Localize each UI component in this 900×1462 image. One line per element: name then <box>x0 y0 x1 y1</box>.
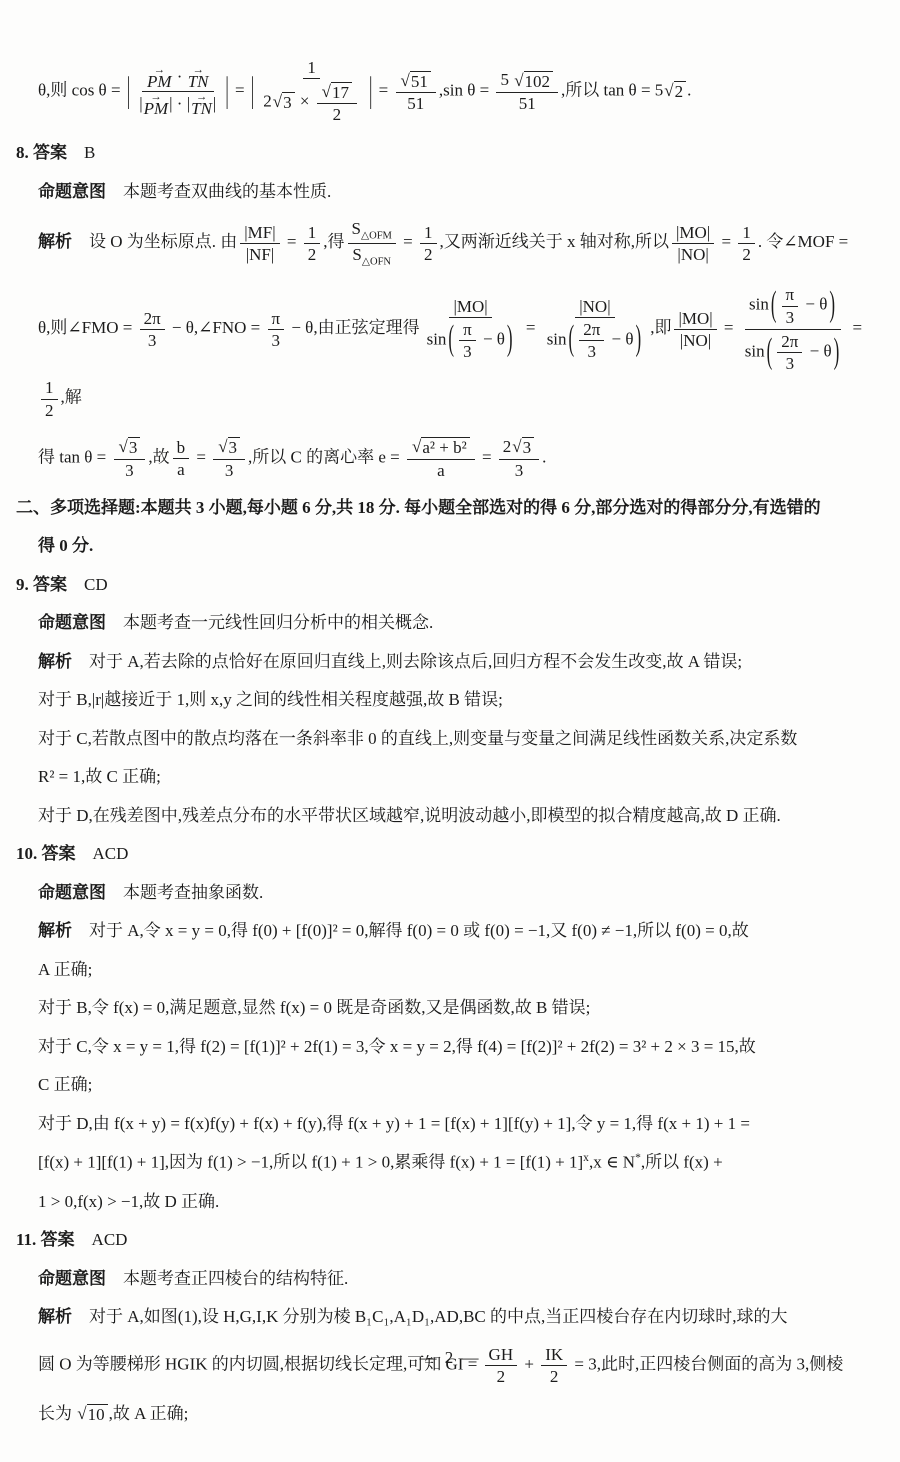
bold-text: 10. 答案 <box>16 844 76 863</box>
doc-line: 得 tan θ = √33,故ba = √33,所以 C 的离心率 e = √a… <box>38 435 882 482</box>
radical-sign-icon: √ <box>77 1404 86 1424</box>
page-number: — 2 — <box>0 1348 900 1368</box>
radical-sign-icon: √ <box>119 437 128 457</box>
fraction: ba <box>173 437 190 481</box>
fraction: 2π3 <box>777 331 802 375</box>
radicand: a² + b² <box>421 437 469 458</box>
bold-text: 二、多项选择题:本题共 3 小题,每小题 6 分,共 18 分. 每小题全部选对… <box>16 498 821 517</box>
bold-text: 9. 答案 <box>16 575 67 594</box>
tall-delimiter: ( <box>771 286 777 322</box>
radical: √3 <box>273 92 295 113</box>
fraction-numerator: √3 <box>114 436 146 460</box>
doc-line: 对于 B,|r|越接近于 1,则 x,y 之间的线性相关程度越强,故 B 错误; <box>38 687 882 713</box>
fraction-numerator: b <box>173 437 190 459</box>
fraction-numerator: 2π <box>140 308 165 330</box>
fraction: 12 <box>420 222 437 266</box>
radicand: 17 <box>331 82 352 103</box>
superscript: x <box>583 1151 589 1164</box>
radical: √3 <box>218 437 240 458</box>
fraction: |MO|sin(π3 − θ) <box>423 296 519 364</box>
fraction-denominator: 2√3 × √172 <box>259 79 364 126</box>
fraction: sin(π3 − θ)sin(2π3 − θ) <box>741 283 846 375</box>
tall-delimiter: | <box>251 72 254 108</box>
fraction-denominator: 2 <box>329 104 346 125</box>
radical: √a² + b² <box>412 437 470 458</box>
fraction: S△OFMS△OFN <box>348 218 396 268</box>
fraction-denominator: 51 <box>515 93 540 114</box>
doc-line: A 正确; <box>38 957 882 983</box>
doc-line: 解析 设 O 为坐标原点. 由|MF||NF| = 12,得S△OFMS△OFN… <box>38 217 882 269</box>
doc-line: 8. 答案 B <box>16 140 882 166</box>
fraction: |MF||NF| <box>240 222 279 266</box>
fraction-denominator: 3 <box>459 341 476 362</box>
fraction-denominator: |→PM| · |→TN| <box>135 92 220 118</box>
doc-line: R² = 1,故 C 正确; <box>38 764 882 790</box>
doc-line: θ,则∠FMO = 2π3 − θ,∠FNO = π3 − θ,由正弦定理得|M… <box>38 282 882 422</box>
bold-text: 解析 <box>38 921 72 940</box>
fraction-numerator: S△OFM <box>348 218 396 244</box>
fraction-denominator: 2 <box>420 244 437 265</box>
radical: √17 <box>322 82 352 103</box>
doc-line: 对于 D,由 f(x + y) = f(x)f(y) + f(x) + f(y)… <box>38 1111 882 1137</box>
tall-delimiter: | <box>369 72 372 108</box>
fraction-denominator: 3 <box>584 341 601 362</box>
doc-line: 二、多项选择题:本题共 3 小题,每小题 6 分,共 18 分. 每小题全部选对… <box>16 495 882 521</box>
radical-sign-icon: √ <box>514 71 523 91</box>
radical-sign-icon: √ <box>401 71 410 91</box>
fraction-numerator: 1 <box>303 57 320 79</box>
tall-delimiter: ) <box>636 321 642 357</box>
bold-text: 命题意图 <box>38 1269 106 1288</box>
fraction: |MO||NO| <box>672 222 714 266</box>
fraction-numerator: √3 <box>213 436 245 460</box>
doc-line: 得 0 分. <box>38 533 882 559</box>
fraction-denominator: 3 <box>221 460 238 481</box>
fraction: √33 <box>213 436 245 481</box>
fraction-denominator: sin(π3 − θ) <box>423 318 519 364</box>
fraction-denominator: 3 <box>268 330 285 351</box>
fraction-denominator: a <box>433 460 449 481</box>
radical-sign-icon: √ <box>412 437 421 457</box>
tall-delimiter: | <box>127 72 130 108</box>
bold-text: 命题意图 <box>38 883 106 902</box>
subscript: △OFN <box>362 256 391 267</box>
vector-base: TN <box>191 100 212 118</box>
fraction-denominator: |NF| <box>242 244 279 265</box>
fraction-numerator: |MF| <box>240 222 279 244</box>
fraction-denominator: 2 <box>41 400 58 421</box>
fraction-numerator: π <box>268 308 285 330</box>
fraction-denominator: 3 <box>782 353 799 374</box>
bold-text: 解析 <box>38 652 72 671</box>
radicand: 102 <box>524 71 554 92</box>
doc-line: 10. 答案 ACD <box>16 841 882 867</box>
doc-line: 对于 D,在残差图中,残差点分布的水平带状区域越窄,说明波动越小,即模型的拟合精… <box>38 803 882 829</box>
fraction: √5151 <box>396 69 436 114</box>
doc-line: 解析 对于 A,若去除的点恰好在原回归直线上,则去除该点后,回归方程不会发生改变… <box>38 649 882 675</box>
fraction: 12 <box>738 222 755 266</box>
radicand: 2 <box>674 81 687 102</box>
fraction-numerator: π <box>782 284 799 306</box>
fraction-numerator: |MO| <box>674 308 716 330</box>
fraction-numerator: 1 <box>304 222 321 244</box>
radicand: 3 <box>128 437 141 458</box>
radicand: 10 <box>87 1404 108 1425</box>
radicand: 3 <box>522 437 535 458</box>
fraction-denominator: 51 <box>403 93 428 114</box>
radical: √2 <box>664 81 686 102</box>
fraction: π3 <box>268 308 285 352</box>
fraction: 2√33 <box>499 436 539 481</box>
tall-delimiter: ) <box>834 333 840 369</box>
tall-delimiter: ) <box>829 286 835 322</box>
tall-delimiter: ( <box>569 321 575 357</box>
bold-text: 8. 答案 <box>16 143 67 162</box>
fraction-denominator: |NO| <box>676 330 715 351</box>
tall-delimiter: | <box>225 72 228 108</box>
vector-base: TN <box>188 73 209 91</box>
fraction-denominator: 3 <box>782 307 799 328</box>
fraction-denominator: 3 <box>121 460 138 481</box>
fraction: √33 <box>114 436 146 481</box>
fraction-numerator: 2π <box>579 319 604 341</box>
fraction-numerator: π <box>459 319 476 341</box>
fraction-numerator: 5 √102 <box>496 69 558 93</box>
fraction: 12√3 × √172 <box>259 57 364 126</box>
vector: →TN <box>188 65 209 91</box>
fraction-denominator: sin(2π3 − θ) <box>741 330 846 376</box>
fraction: √172 <box>317 80 357 125</box>
doc-line: C 正确; <box>38 1072 882 1098</box>
doc-line: 对于 C,令 x = y = 1,得 f(2) = [f(1)]² + 2f(1… <box>38 1034 882 1060</box>
vector: →PM <box>147 65 172 91</box>
fraction-denominator: |NO| <box>673 244 712 265</box>
fraction-denominator: 3 <box>511 460 528 481</box>
radical: √10 <box>77 1404 107 1425</box>
doc-line: 解析 对于 A,如图(1),设 H,G,I,K 分别为棱 B₁C₁,A₁D₁,A… <box>38 1304 882 1330</box>
vector: →TN <box>191 92 212 118</box>
fraction-numerator: |MO| <box>449 296 491 318</box>
radical: √102 <box>514 71 553 92</box>
doc-line: 命题意图 本题考查正四棱台的结构特征. <box>38 1266 882 1292</box>
radical-sign-icon: √ <box>218 437 227 457</box>
fraction: 5 √10251 <box>496 69 558 114</box>
fraction-numerator: 2π <box>777 331 802 353</box>
doc-line: 9. 答案 CD <box>16 572 882 598</box>
bold-text: 命题意图 <box>38 182 106 201</box>
vector: →PM <box>144 92 169 118</box>
tall-delimiter: ( <box>767 333 773 369</box>
bold-text: 11. 答案 <box>16 1230 75 1249</box>
fraction-numerator: 1 <box>41 377 58 399</box>
fraction: →PM · →TN|→PM| · |→TN| <box>135 65 220 118</box>
fraction-denominator: sin(2π3 − θ) <box>543 318 648 364</box>
radicand: 51 <box>410 71 431 92</box>
doc-line: θ,则 cos θ = |→PM · →TN|→PM| · |→TN|| = |… <box>38 56 882 127</box>
radical: √3 <box>119 437 141 458</box>
fraction-denominator: 2 <box>493 1366 510 1387</box>
doc-line: 命题意图 本题考查抽象函数. <box>38 880 882 906</box>
radicand: 3 <box>282 92 295 113</box>
fraction: 2π3 <box>579 319 604 363</box>
radical-sign-icon: √ <box>322 82 331 102</box>
bold-text: 解析 <box>38 232 72 251</box>
doc-line: 1 > 0,f(x) > −1,故 D 正确. <box>38 1189 882 1215</box>
doc-line: 对于 C,若散点图中的散点均落在一条斜率非 0 的直线上,则变量与变量之间满足线… <box>38 726 882 752</box>
fraction-numerator: √a² + b² <box>407 436 475 460</box>
radical: √3 <box>512 437 534 458</box>
fraction: π3 <box>459 319 476 363</box>
bold-text: 解析 <box>38 1307 72 1326</box>
subscript: △OFM <box>361 231 392 242</box>
fraction: π3 <box>782 284 799 328</box>
fraction: |NO|sin(2π3 − θ) <box>543 296 648 364</box>
fraction-denominator: 2 <box>304 244 321 265</box>
fraction-numerator: sin(π3 − θ) <box>745 283 841 330</box>
doc-line: 解析 对于 A,令 x = y = 0,得 f(0) + [f(0)]² = 0… <box>38 918 882 944</box>
radical-sign-icon: √ <box>512 437 521 457</box>
bold-text: 命题意图 <box>38 613 106 632</box>
doc-line: 长为 √10,故 A 正确; <box>38 1401 882 1427</box>
fraction-denominator: a <box>173 459 189 480</box>
fraction-numerator: 1 <box>420 222 437 244</box>
fraction-numerator: √51 <box>396 69 436 93</box>
document-body: θ,则 cos θ = |→PM · →TN|→PM| · |→TN|| = |… <box>16 56 882 1427</box>
exam-answer-page: θ,则 cos θ = |→PM · →TN|→PM| · |→TN|| = |… <box>0 0 900 1462</box>
radical-sign-icon: √ <box>664 81 673 101</box>
fraction-numerator: |MO| <box>672 222 714 244</box>
doc-line: 对于 B,令 f(x) = 0,满足题意,显然 f(x) = 0 既是奇函数,又… <box>38 995 882 1021</box>
fraction: 12 <box>41 377 58 421</box>
vector-base: PM <box>144 100 169 118</box>
bold-text: 得 0 分. <box>38 536 93 555</box>
fraction-denominator: 2 <box>738 244 755 265</box>
fraction: √a² + b²a <box>407 436 475 481</box>
vector-base: PM <box>147 73 172 91</box>
fraction: 2π3 <box>140 308 165 352</box>
doc-line: [f(x) + 1][f(1) + 1],因为 f(1) > −1,所以 f(1… <box>38 1149 882 1175</box>
doc-line: 命题意图 本题考查双曲线的基本性质. <box>38 179 882 205</box>
radical: √51 <box>401 71 431 92</box>
fraction-numerator: 1 <box>738 222 755 244</box>
radical-sign-icon: √ <box>273 92 282 112</box>
fraction-numerator: →PM · →TN <box>142 65 214 92</box>
fraction-numerator: |NO| <box>575 296 614 318</box>
doc-line: 11. 答案 ACD <box>16 1227 882 1253</box>
fraction-numerator: √17 <box>317 80 357 104</box>
fraction: |MO||NO| <box>674 308 716 352</box>
radicand: 3 <box>228 437 241 458</box>
fraction-denominator: S△OFN <box>348 244 395 269</box>
superscript: * <box>635 1151 641 1164</box>
fraction-denominator: 2 <box>546 1366 563 1387</box>
fraction-numerator: 2√3 <box>499 436 539 460</box>
tall-delimiter: ) <box>507 321 513 357</box>
doc-line: 命题意图 本题考查一元线性回归分析中的相关概念. <box>38 610 882 636</box>
fraction-denominator: 3 <box>144 330 161 351</box>
fraction: 12 <box>304 222 321 266</box>
tall-delimiter: ( <box>448 321 454 357</box>
